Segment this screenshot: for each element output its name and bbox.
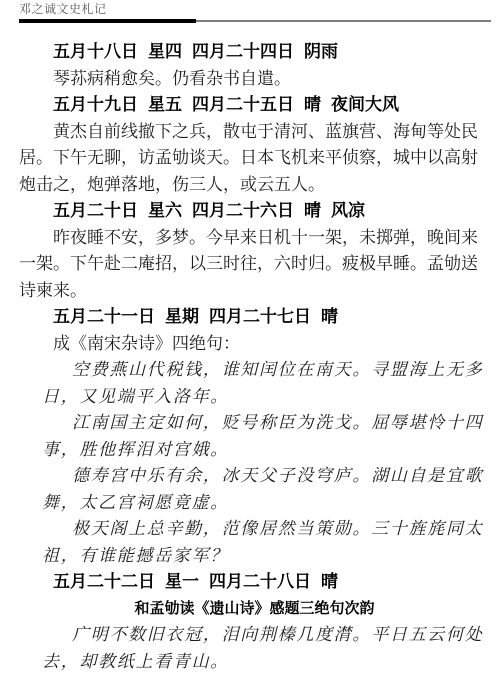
page-content: 五月十八日星四四月二十四日阴雨琴荪病稍愈矣。仍看杂书自遣。五月十九日星五四月二十… [19, 39, 490, 675]
heading-weather: 晴 [304, 201, 321, 220]
poem-stanza: 广明不数旧衣冠，泪向荆榛几度潸。平日五云何处去，却教纸上看青山。 [42, 622, 490, 675]
poem-stanza: 空费燕山代税钱，谁知闰位在南天。寻盟海上无多日，又见端平入洛年。 [42, 357, 490, 410]
heading-weather: 晴 [304, 95, 321, 114]
heading-lunar-date: 四月二十六日 [192, 201, 294, 220]
header-rule [0, 19, 503, 24]
heading-solar-date: 五月十九日 [53, 95, 138, 114]
poem-stanza: 德寿宫中乐有余，冰天父子没穹庐。湖山自是宜歌舞，太乙宫祠愿竟虚。 [42, 463, 490, 516]
diary-entry-heading: 五月二十二日星一四月二十八日晴 [19, 569, 490, 596]
header-rule-thin-segment [196, 20, 491, 22]
heading-weather-note: 夜间大风 [331, 95, 399, 114]
heading-weekday: 星期 [165, 307, 199, 326]
heading-lunar-date: 四月二十四日 [192, 42, 294, 61]
poem-stanza: 江南国主定如何，贬号称臣为洗戈。屈辱堪怜十四事，胜他挥泪对宫娥。 [42, 410, 490, 463]
heading-weather: 晴 [321, 572, 338, 591]
diary-paragraph: 成《南宋杂诗》四绝句： [19, 331, 490, 358]
heading-solar-date: 五月二十日 [53, 201, 138, 220]
heading-weekday: 星五 [148, 95, 182, 114]
heading-weather: 晴 [321, 307, 338, 326]
heading-lunar-date: 四月二十七日 [209, 307, 311, 326]
heading-weekday: 星一 [165, 572, 199, 591]
diary-entry-heading: 五月十八日星四四月二十四日阴雨 [19, 39, 490, 66]
diary-entry-heading: 五月二十一日星期四月二十七日晴 [19, 304, 490, 331]
running-head-title: 邓之诚文史札记 [19, 2, 107, 16]
heading-solar-date: 五月二十一日 [53, 307, 155, 326]
diary-paragraph: 昨夜睡不安，多梦。今早来日机十一架，未掷弹，晚间来一架。下午赴二庵招，以三时往，… [19, 225, 490, 305]
diary-paragraph: 琴荪病稍愈矣。仍看杂书自遣。 [19, 66, 490, 93]
diary-entry-heading: 五月十九日星五四月二十五日晴夜间大风 [19, 92, 490, 119]
heading-weekday: 星四 [148, 42, 182, 61]
heading-solar-date: 五月十八日 [53, 42, 138, 61]
header-rule-thick-segment [19, 19, 196, 23]
heading-weather: 阴雨 [304, 42, 338, 61]
diary-paragraph: 黄杰自前线撤下之兵，散屯于清河、蓝旗营、海甸等处民居。下午无聊，访孟劬谈天。日本… [19, 119, 490, 199]
diary-entry-heading: 五月二十日星六四月二十六日晴风凉 [19, 198, 490, 225]
heading-lunar-date: 四月二十八日 [209, 572, 311, 591]
heading-lunar-date: 四月二十五日 [192, 95, 294, 114]
poem-title: 和孟劬读《遗山诗》感题三绝句次韵 [19, 596, 490, 623]
heading-solar-date: 五月二十二日 [53, 572, 155, 591]
heading-weekday: 星六 [148, 201, 182, 220]
book-page: 邓之诚文史札记 五月十八日星四四月二十四日阴雨琴荪病稍愈矣。仍看杂书自遣。五月十… [0, 0, 503, 675]
heading-weather-note: 风凉 [331, 201, 365, 220]
poem-stanza: 极天阁上总辛勤，范像居然当策勋。三十旌旄同太祖，有谁能撼岳家军？ [42, 516, 490, 569]
